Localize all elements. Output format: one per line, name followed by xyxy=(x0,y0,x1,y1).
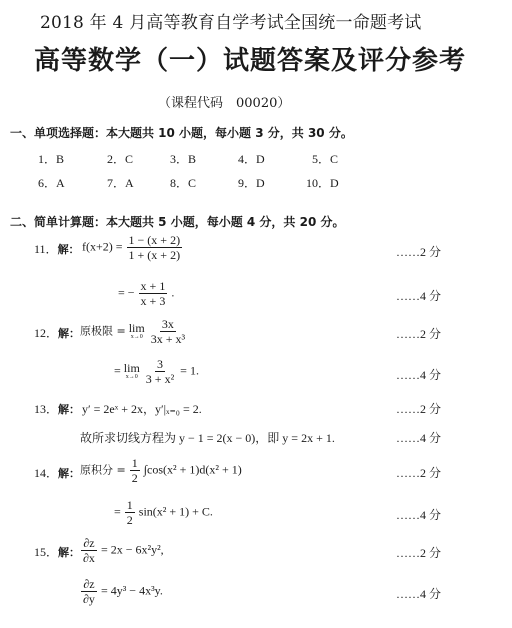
fraction: 12 xyxy=(125,498,135,527)
answer-item: 3．B xyxy=(170,150,196,167)
score-mark: ……4 分 xyxy=(396,585,441,602)
question-14-label: 14．解： xyxy=(34,464,80,481)
section-2-heading: 二、简单计算题：本大题共 5 小题，每小题 4 分，共 20 分。 xyxy=(10,213,344,230)
limit: limx→0 xyxy=(124,362,140,381)
score-mark: ……2 分 xyxy=(396,400,441,417)
answer-item: 7．A xyxy=(107,174,134,191)
fraction: 12 xyxy=(130,456,140,485)
q11-step2: = − x + 1x + 3 . xyxy=(118,279,174,308)
exam-subtitle: 2018 年 4 月高等教育自学考试全国统一命题考试 xyxy=(40,8,422,33)
fraction: 3x3x + x³ xyxy=(149,317,187,346)
score-mark: ……4 分 xyxy=(396,366,441,383)
q15-step2: ∂z∂y = 4y³ − 4x³y. xyxy=(80,577,163,606)
course-code: （课程代码 00020） xyxy=(158,92,290,111)
question-15-label: 15．解： xyxy=(34,543,80,560)
q15-step1: ∂z∂x = 2x − 6x²y², xyxy=(80,536,164,565)
q12-step1: 原极限 = limx→0 3x3x + x³ xyxy=(80,317,188,346)
q14-step2: = 12 sin(x² + 1) + C. xyxy=(114,498,213,527)
answer-item: 6．A xyxy=(38,174,65,191)
section-1-heading: 一、单项选择题：本大题共 10 小题，每小题 3 分，共 30 分。 xyxy=(10,124,353,141)
score-mark: ……2 分 xyxy=(396,544,441,561)
score-mark: ……4 分 xyxy=(396,506,441,523)
answer-item: 2．C xyxy=(107,150,133,167)
question-13-label: 13．解： xyxy=(34,400,80,417)
page-title: 高等数学（一）试题答案及评分参考 xyxy=(34,40,466,77)
score-mark: ……4 分 xyxy=(396,429,441,446)
fraction: x + 1x + 3 xyxy=(139,279,168,308)
q13-step2: 故所求切线方程为 y − 1 = 2(x − 0)，即 y = 2x + 1. xyxy=(80,429,335,446)
score-mark: ……2 分 xyxy=(396,243,441,260)
q14-step1: 原积分 = 12 ∫cos(x² + 1)d(x² + 1) xyxy=(80,456,242,485)
answer-item: 5．C xyxy=(312,150,338,167)
limit: limx→0 xyxy=(129,322,145,341)
question-12-label: 12．解： xyxy=(34,324,80,341)
fraction: 33 + x² xyxy=(144,357,176,386)
q12-step2: = limx→0 33 + x² = 1. xyxy=(114,357,199,386)
score-mark: ……2 分 xyxy=(396,325,441,342)
q11-step1: f(x+2) = 1 − (x + 2)1 + (x + 2) xyxy=(82,233,183,262)
fraction: 1 − (x + 2)1 + (x + 2) xyxy=(127,233,183,262)
q13-step1: y′ = 2eˣ + 2x，y′|ₓ₌₀ = 2. xyxy=(82,400,202,417)
score-mark: ……2 分 xyxy=(396,464,441,481)
score-mark: ……4 分 xyxy=(396,287,441,304)
question-11-label: 11．解： xyxy=(34,240,80,257)
answer-item: 4．D xyxy=(238,150,265,167)
answer-item: 1．B xyxy=(38,150,64,167)
fraction: ∂z∂x xyxy=(81,536,97,565)
answer-item: 10．D xyxy=(306,174,339,191)
fraction: ∂z∂y xyxy=(81,577,97,606)
answer-item: 9．D xyxy=(238,174,265,191)
answer-item: 8．C xyxy=(170,174,196,191)
